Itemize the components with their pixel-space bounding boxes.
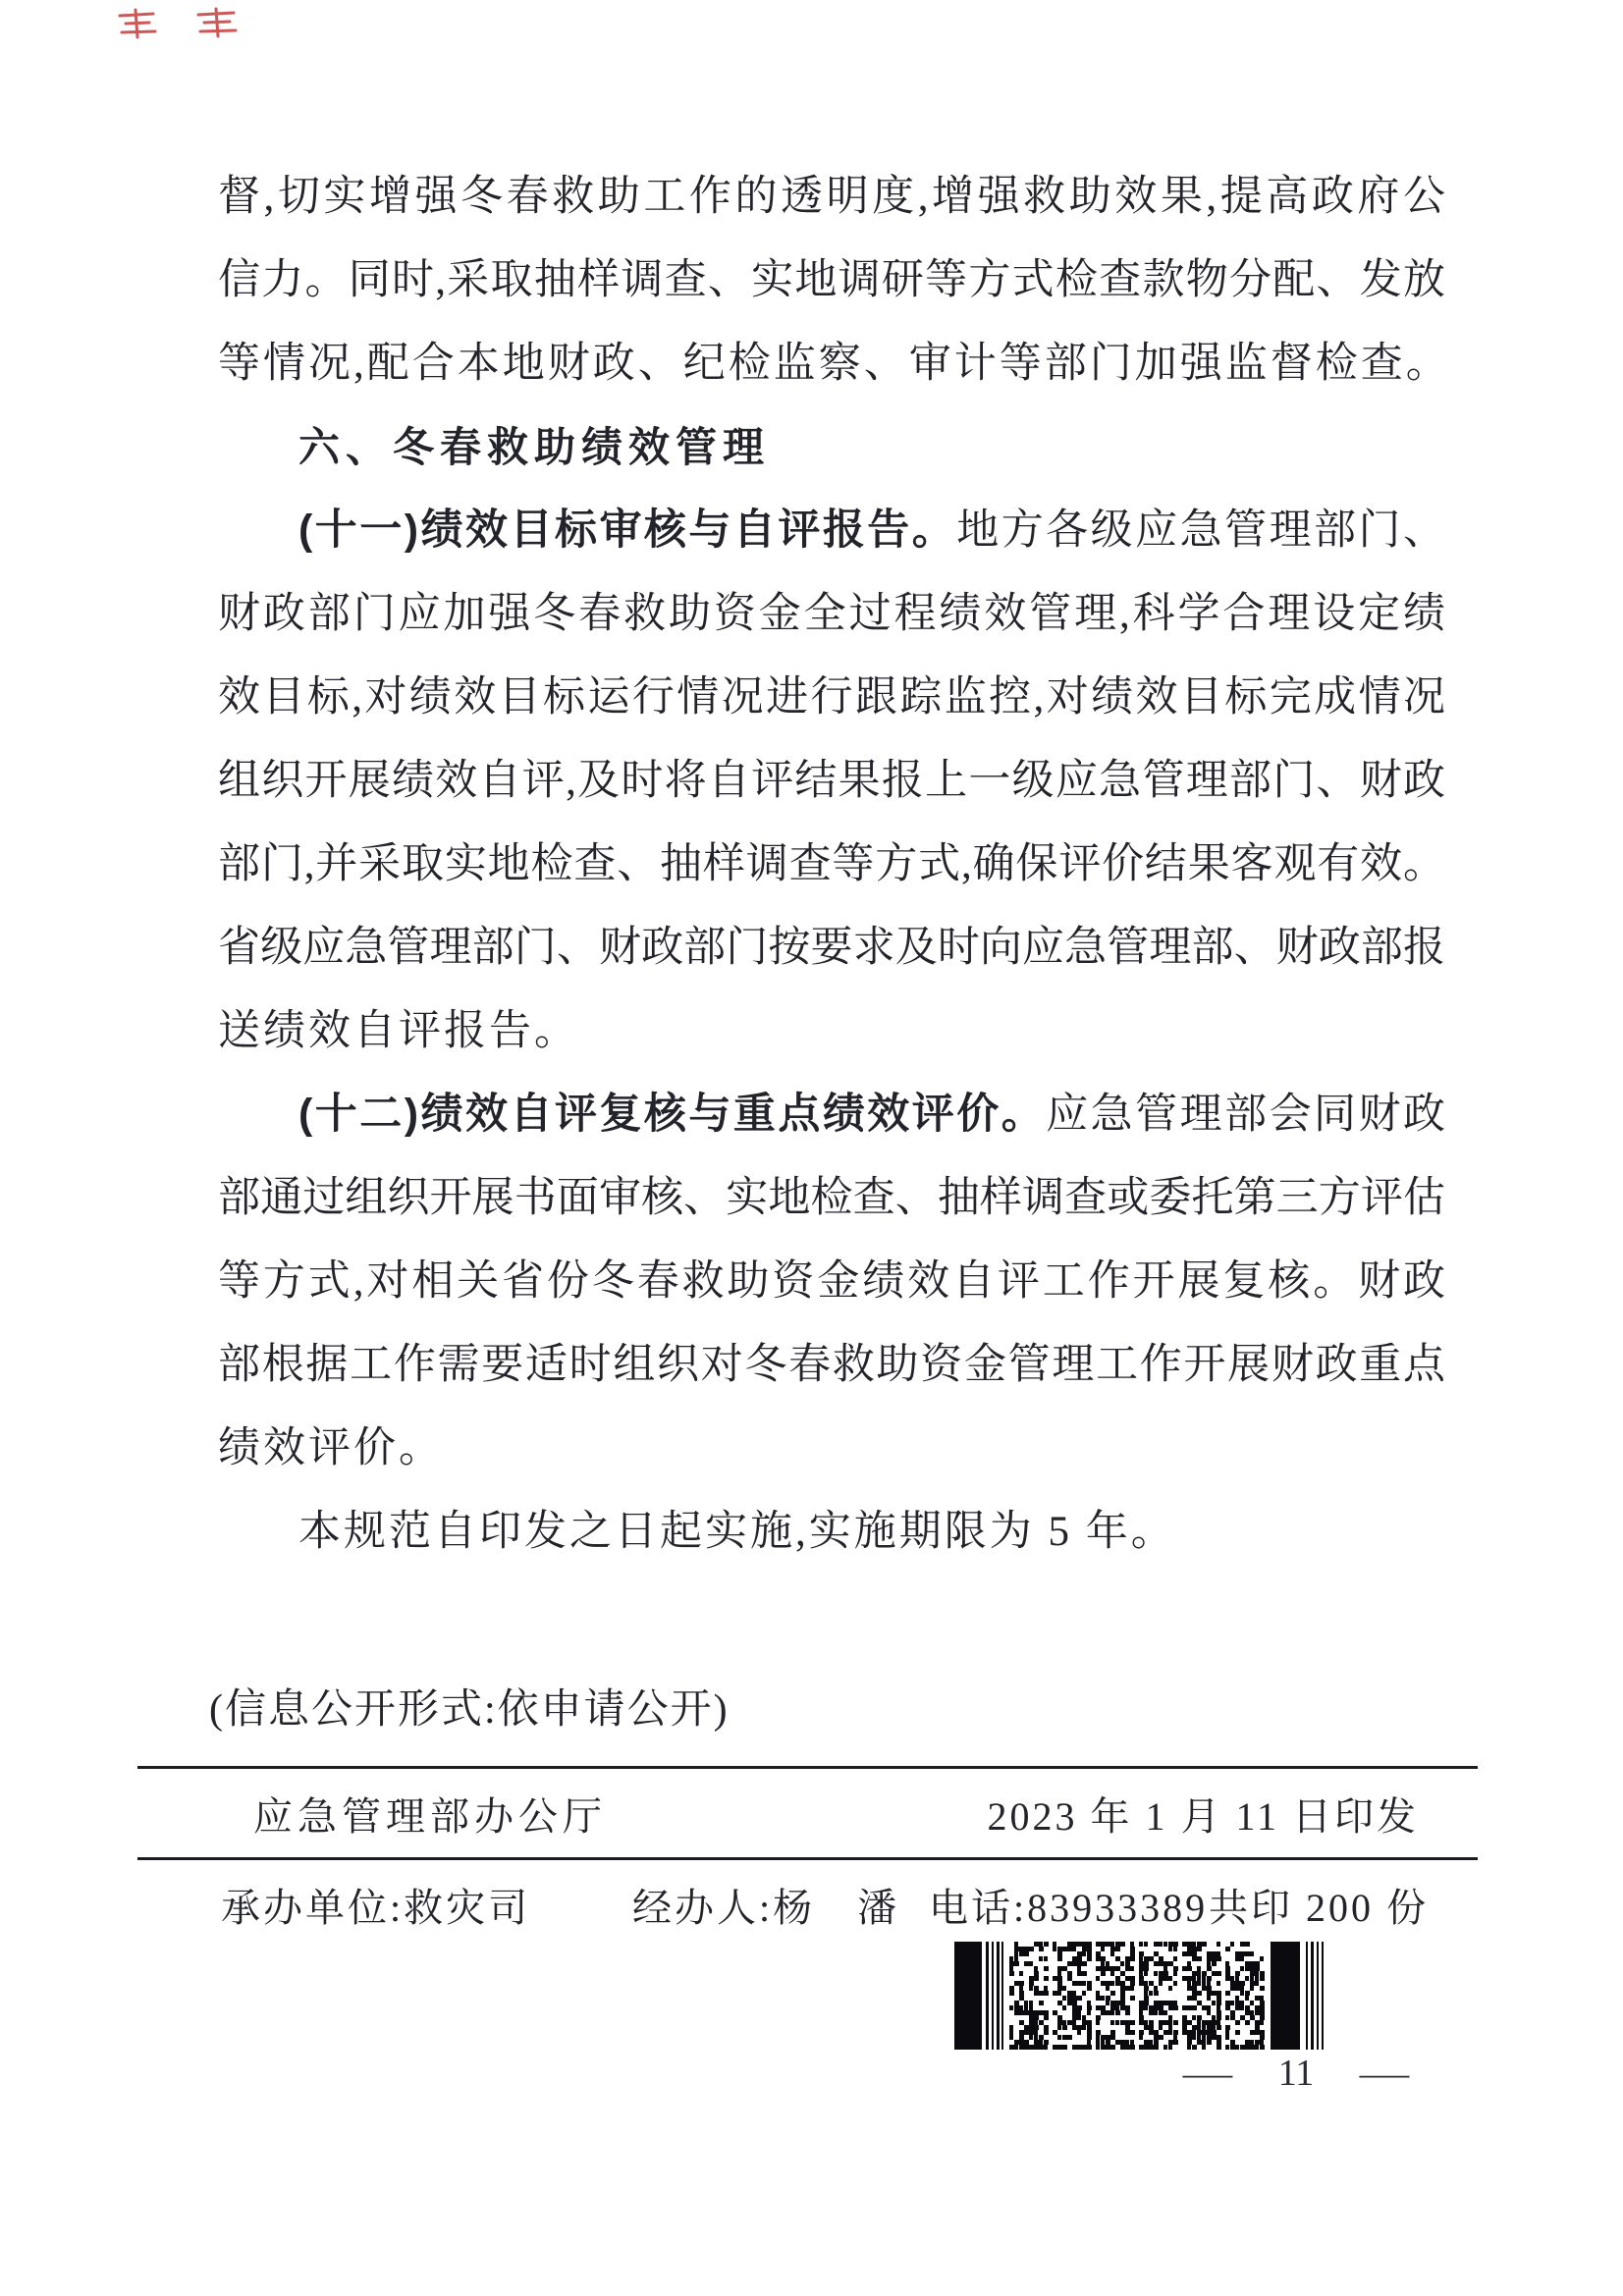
page-number-left-dash: — <box>1183 2053 1232 2094</box>
body-line: 部根据工作需要适时组织对冬春救助资金管理工作开展财政重点 <box>218 1323 1445 1407</box>
body-line: 信力。同时,采取抽样调查、实地调研等方式检查款物分配、发放 <box>218 239 1445 322</box>
disclosure-note: (信息公开形式:依申请公开) <box>209 1684 730 1735</box>
issue-date: 2023 年 1 月 11 日印发 <box>987 1793 1419 1841</box>
body-line: (十二)绩效自评复核与重点绩效评价。应急管理部会同财政 <box>218 1073 1445 1156</box>
body-line: 本规范自印发之日起实施,实施期限为 5 年。 <box>218 1490 1445 1574</box>
page-number: — 11 — <box>1190 2052 1402 2095</box>
handling-person: 经办人:杨 潘 <box>632 1885 899 1932</box>
red-annotation-mark <box>114 6 261 43</box>
document-body: 督,切实增强冬春救助工作的透明度,增强救助效果,提高政府公信力。同时,采取抽样调… <box>218 155 1445 1574</box>
body-line: 督,切实增强冬春救助工作的透明度,增强救助效果,提高政府公 <box>218 155 1445 239</box>
body-line-text: 地方各级应急管理部门、 <box>956 507 1445 554</box>
body-line-text: 应急管理部会同财政 <box>1046 1092 1445 1138</box>
page-number-value: 11 <box>1278 2052 1315 2095</box>
handling-unit: 承办单位:救灾司 <box>221 1885 530 1932</box>
footer-divider-bottom <box>137 1857 1478 1860</box>
body-line: 部门,并采取实地检查、抽样调查等方式,确保评价结果客观有效。 <box>218 823 1445 906</box>
document-page: 督,切实增强冬春救助工作的透明度,增强救助效果,提高政府公信力。同时,采取抽样调… <box>0 0 1623 2296</box>
footer-divider-top <box>137 1766 1478 1769</box>
body-line: 部通过组织开展书面审核、实地检查、抽样调查或委托第三方评估 <box>218 1156 1445 1240</box>
body-line: 效目标,对绩效目标运行情况进行跟踪监控,对绩效目标完成情况 <box>218 656 1445 739</box>
body-line: 等情况,配合本地财政、纪检监察、审计等部门加强监督检查。 <box>218 322 1445 405</box>
body-line: 财政部门应加强冬春救助资金全过程绩效管理,科学合理设定绩 <box>218 572 1445 656</box>
document-barcode <box>954 1942 1345 2050</box>
issuing-office: 应急管理部办公厅 <box>253 1793 607 1841</box>
body-line: 组织开展绩效自评,及时将自评结果报上一级应急管理部门、财政 <box>218 739 1445 823</box>
body-line-bold-prefix: (十二)绩效自评复核与重点绩效评价。 <box>298 1091 1046 1138</box>
contact-phone: 电话:83933389 <box>929 1885 1208 1932</box>
body-line: 绩效评价。 <box>218 1407 1445 1490</box>
body-line-bold-prefix: (十一)绩效目标审核与自评报告。 <box>298 507 956 554</box>
body-line: (十一)绩效目标审核与自评报告。地方各级应急管理部门、 <box>218 489 1445 572</box>
body-line: 六、冬春救助绩效管理 <box>218 405 1445 489</box>
page-number-right-dash: — <box>1360 2053 1409 2094</box>
body-line: 省级应急管理部门、财政部门按要求及时向应急管理部、财政部报 <box>218 906 1445 989</box>
print-copies: 共印 200 份 <box>1209 1885 1429 1932</box>
body-line: 等方式,对相关省份冬春救助资金绩效自评工作开展复核。财政 <box>218 1240 1445 1323</box>
body-line: 送绩效自评报告。 <box>218 989 1445 1073</box>
